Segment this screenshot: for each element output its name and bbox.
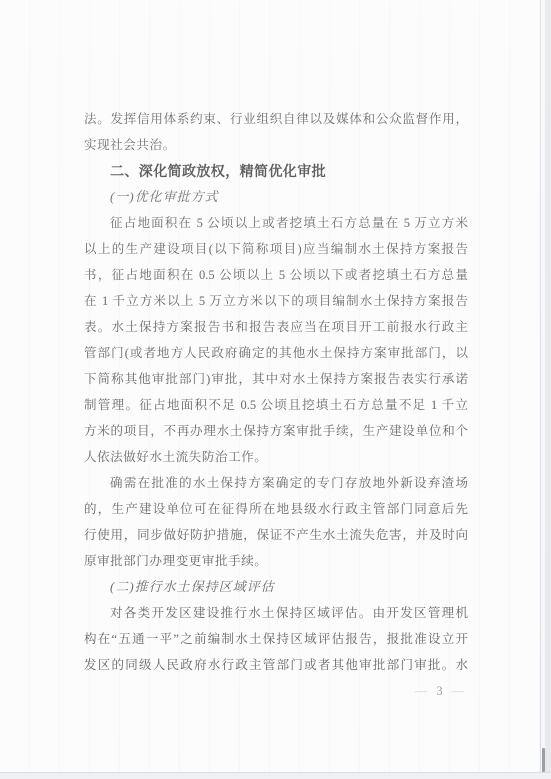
body-line: 表。水土保持方案报告书和报告表应当在项目开工前报水行政主 xyxy=(84,314,468,340)
section-heading: 二、深化简政放权，精简优化审批 xyxy=(84,158,468,184)
body-line: 以上的生产建设项目(以下简称项目)应当编制水土保持方案报告 xyxy=(84,236,468,262)
body-line: 征占地面积在 5 公顷以上或者挖填土石方总量在 5 万立方米 xyxy=(84,210,468,236)
body-line: 原审批部门办理变更审批手续。 xyxy=(84,548,468,574)
body-line: 的，生产建设单位可在征得所在地县级水行政主管部门同意后先 xyxy=(84,496,468,522)
body-line: 发区的同级人民政府水行政主管部门或者其他审批部门审批。水 xyxy=(84,652,468,678)
subsection-heading: (二)推行水土保持区域评估 xyxy=(84,574,468,600)
body-line: 下简称其他审批部门)审批，其中对水土保持方案报告表实行承诺 xyxy=(84,366,468,392)
body-line: 在 1 千立方米以上 5 万立方米以下的项目编制水土保持方案报告 xyxy=(84,288,468,314)
page-number: — 3 — xyxy=(396,682,486,700)
body-line: 确需在批准的水土保持方案确定的专门存放地外新设弃渣场 xyxy=(84,470,468,496)
body-line: 构在“五通一平”之前编制水土保持区域评估报告，报批准设立开 xyxy=(84,626,468,652)
body-line: 方米的项目，不再办理水土保持方案审批手续，生产建设单位和个 xyxy=(84,418,468,444)
body-line: 实现社会共治。 xyxy=(84,132,468,158)
body-line: 对各类开发区建设推行水土保持区域评估。由开发区管理机 xyxy=(84,600,468,626)
page-number-right-dash: — xyxy=(452,684,468,698)
scan-background-bottom xyxy=(0,772,551,779)
scan-background-right xyxy=(541,0,551,772)
body-line: 行使用，同步做好防护措施，保证不产生水土流失危害，并及时向 xyxy=(84,522,468,548)
body-line: 制管理。征占地面积不足 0.5 公顷且挖填土石方总量不足 1 千立 xyxy=(84,392,468,418)
body-line: 法。发挥信用体系约束、行业组织自律以及媒体和公众监督作用， xyxy=(84,106,468,132)
page-number-value: 3 xyxy=(436,684,445,698)
body-line: 管部门(或者地方人民政府确定的其他水土保持方案审批部门，以 xyxy=(84,340,468,366)
scan-edge-mark xyxy=(542,748,545,772)
scanned-document-page: 法。发挥信用体系约束、行业组织自律以及媒体和公众监督作用，实现社会共治。二、深化… xyxy=(0,0,551,779)
subsection-heading: (一)优化审批方式 xyxy=(84,184,468,210)
body-line: 人依法做好水土流失防治工作。 xyxy=(84,444,468,470)
text-block: 法。发挥信用体系约束、行业组织自律以及媒体和公众监督作用，实现社会共治。二、深化… xyxy=(84,106,468,678)
page-number-left-dash: — xyxy=(415,684,431,698)
body-line: 书，征占地面积在 0.5 公顷以上 5 公顷以下或者挖填土石方总量 xyxy=(84,262,468,288)
